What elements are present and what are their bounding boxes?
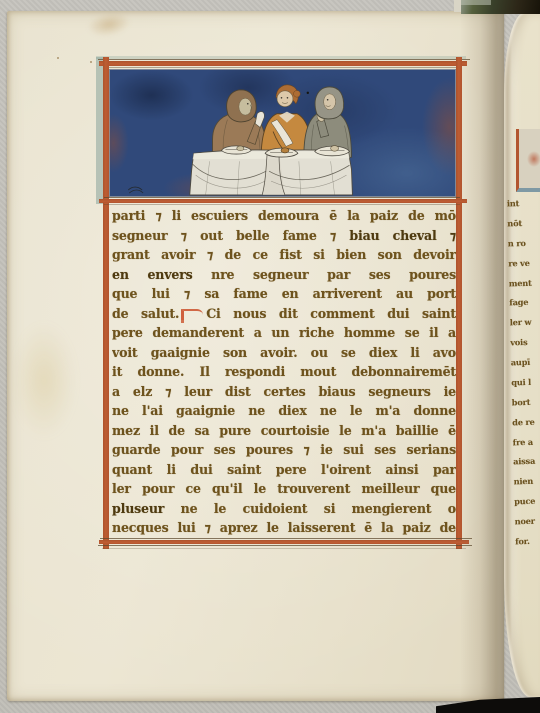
facing-text-line: fre a	[513, 434, 540, 449]
text-segment: it donne. Il respondi mout debonnairemēt	[112, 364, 456, 379]
text-segment: de salut.	[112, 306, 179, 321]
text-line: parti ⁊ li escuiers demoura ē la paiz de…	[112, 206, 456, 225]
miniature-bottom-thin-rule	[104, 197, 460, 198]
miniature-bottom-orange-rule	[99, 199, 467, 203]
frame-thin-rule-top-inner	[104, 67, 460, 68]
facing-text-line: ment	[509, 275, 539, 290]
parchment-stain-top	[85, 9, 132, 39]
text-line: voit gaaignie son avoir. ou se diex li a…	[112, 343, 456, 362]
text-bottom-outer-rule	[98, 545, 472, 546]
text-segment: ler pour ce qu'il le trouverent meilleur…	[112, 481, 456, 496]
facing-text-line: vois	[510, 335, 540, 350]
text-segment: en envers	[112, 267, 192, 282]
text-segment: segneur ⁊ out belle fame ⁊	[112, 228, 349, 243]
text-line: mez il de sa pure courtoisie le m'a bail…	[112, 421, 456, 440]
facing-text-line: de re	[512, 414, 540, 429]
frame-outer-teal-line-left	[96, 57, 103, 204]
facing-text-line: nien	[514, 474, 540, 489]
ink-speck	[57, 57, 59, 59]
facing-miniature-red-patch	[527, 151, 540, 167]
text-segment: pere demanderent a un riche homme se il …	[112, 325, 456, 340]
text-block: parti ⁊ li escuiers demoura ē la paiz de…	[112, 206, 456, 537]
text-line: que lui ⁊ sa fame en arriverent au port	[112, 284, 456, 303]
miniature-panel	[109, 69, 456, 197]
frame-orange-rule-top	[99, 61, 467, 66]
text-line: pluseur ne le cuidoient si mengierent o	[112, 499, 456, 518]
text-segment: mez il de sa pure courtoisie le m'a bail…	[112, 423, 456, 438]
text-line: ne l'ai gaaignie ne diex ne le m'a donne	[112, 401, 456, 420]
text-segment: biau cheval ⁊	[349, 228, 456, 243]
text-line: quant li dui saint pere l'oirent ainsi p…	[112, 460, 456, 479]
text-segment: quant li dui saint pere l'oirent ainsi p…	[112, 462, 456, 477]
text-segment: voit gaaignie son avoir. ou se diex li a…	[112, 345, 456, 360]
text-segment: pluseur	[112, 501, 164, 516]
facing-text-line: bort	[512, 394, 540, 409]
text-line: segneur ⁊ out belle fame ⁊ biau cheval ⁊	[112, 226, 456, 245]
miniature-illustration	[110, 70, 455, 196]
facing-miniature-fragment	[516, 129, 540, 192]
page-edge-sliver	[454, 0, 461, 12]
facing-text-line: n ro	[508, 235, 538, 250]
facing-text-line: aissa	[513, 454, 540, 469]
parchment-stain-margin	[13, 323, 75, 438]
facing-text-line: re ve	[508, 255, 538, 270]
miniature-bottom-inner-rule	[104, 204, 460, 205]
text-line: grant avoir ⁊ de ce fist si bien son dev…	[112, 245, 456, 264]
upper-photo-fragment-sky	[461, 0, 491, 5]
facing-text-line: aupī	[511, 355, 540, 370]
text-line: pere demanderent a un riche homme se il …	[112, 323, 456, 342]
text-line: en envers nre segneur par ses poures	[112, 265, 456, 284]
text-segment: a elz ⁊ leur dist certes biaus segneurs …	[112, 384, 456, 399]
facing-text-line: int	[507, 196, 537, 211]
text-segment: necques lui ⁊ aprez le laisserent ē la p…	[112, 520, 456, 535]
facing-text-fragments: intnōtn rore vementfageler wvoisaupīqui …	[507, 196, 540, 549]
gutter-shadow	[460, 11, 504, 701]
text-line: necques lui ⁊ aprez le laisserent ē la p…	[112, 518, 456, 537]
text-bottom-orange-rule	[99, 540, 469, 544]
text-segment: ne le cuidoient si mengierent o	[164, 501, 456, 516]
text-segment: que lui ⁊ sa fame en arriverent au port	[112, 286, 456, 301]
rubric-capitulum-mark	[181, 309, 203, 320]
ink-speck	[90, 61, 92, 63]
text-line: a elz ⁊ leur dist certes biaus segneurs …	[112, 382, 456, 401]
facing-page-edge: intnōtn rore vementfageler wvoisaupīqui …	[504, 13, 540, 697]
facing-text-line: ler w	[510, 315, 540, 330]
text-bottom-faint-rule	[102, 548, 466, 549]
text-bottom-thin-rule	[100, 538, 472, 539]
manuscript-left-page: parti ⁊ li escuiers demoura ē la paiz de…	[7, 11, 504, 701]
facing-text-line: puce	[514, 494, 540, 509]
text-line: it donne. Il respondi mout debonnairemēt	[112, 362, 456, 381]
text-segment: parti ⁊ li escuiers demoura ē la paiz de…	[112, 208, 456, 223]
facing-text-line: qui l	[511, 375, 540, 390]
text-segment: grant avoir ⁊ de ce fist si bien son dev…	[112, 247, 456, 262]
text-segment: Ci nous dit comment dui saint	[206, 306, 456, 321]
text-line: guarde pour ses poures ⁊ ie sui ses seri…	[112, 440, 456, 459]
text-segment: ne l'ai gaaignie ne diex ne le m'a donne	[112, 403, 456, 418]
frame-thin-rule-top-outer	[98, 59, 470, 60]
frame-orange-rule-left	[103, 57, 109, 549]
text-line: ler pour ce qu'il le trouverent meilleur…	[112, 479, 456, 498]
text-segment: guarde pour ses poures ⁊ ie sui ses seri…	[112, 442, 456, 457]
facing-text-line: noer	[514, 514, 540, 529]
facing-text-line: for.	[515, 533, 540, 548]
text-segment: nre segneur par ses poures	[192, 267, 456, 282]
facing-text-line: nōt	[507, 216, 537, 231]
text-line: de salut.Ci nous dit comment dui saint	[112, 304, 456, 323]
facing-text-line: fage	[509, 295, 539, 310]
draped-table	[190, 150, 353, 195]
